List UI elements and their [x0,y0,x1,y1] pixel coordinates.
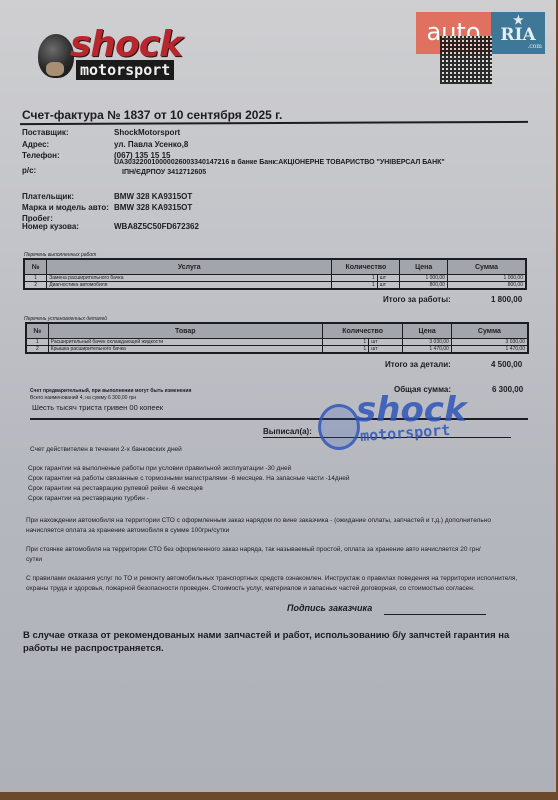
works-total-value: 1 800,00 [491,295,522,304]
helmet-stamp-icon [318,404,360,450]
col-price: Цена [400,259,448,275]
warranty-disclaimer: В случае отказа от рекомендованых нами з… [23,629,513,655]
tax-id-value: ІПН/ЄДРПОУ 3412712605 [122,169,206,176]
warranty-item: Срок гарантии на реставрацию турбин - [28,494,538,504]
grand-total-value: 6 300,00 [492,385,523,394]
col-price: Цена [403,323,451,339]
parts-table: № Товар Количество Цена Сумма 1 Расширит… [25,322,529,354]
warranty-item: Срок гарантии на реставрацию рулевой рей… [28,484,538,494]
supplier-label: Поставщик: [22,128,69,137]
storage-paid-note: При нахождении автомобиля на территории … [26,516,526,536]
warranty-list: Срок гарантии на выполненые работы при у… [28,464,538,504]
preliminary-note: Счет предварительный, при выполнении мог… [30,388,191,394]
works-total-label: Итого за работы: [383,295,451,304]
table-row: 2 Крышка расширительного бачка 1 шт 1 47… [26,346,528,354]
col-quantity: Количество [322,323,403,339]
address-value: ул. Павла Усенко,8 [114,140,188,149]
payer-label: Плательщик: [22,192,74,201]
issued-by-label: Выписал(а): [263,427,312,436]
helmet-icon [38,34,74,78]
col-number: № [26,323,48,339]
car-model-value: BMW 328 KA9315OT [114,203,192,212]
amount-in-words: Шесть тысяч триста гривен 00 копеек [32,403,163,412]
logo-word-motorsport: motorsport [76,60,174,80]
phone-label: Телефон: [22,151,60,160]
company-stamp: shock motorsport [316,396,502,452]
table-row: 1 Расширительный бачек охлаждающей жидко… [26,339,528,346]
autoria-ria: ★ RIA .com [491,12,545,54]
payer-value: BMW 328 KA9315OT [114,192,192,201]
col-sum: Сумма [451,323,528,339]
invoice-title: Счет-фактура № 1837 от 10 сентября 2025 … [22,108,282,122]
address-label: Адрес: [22,140,49,149]
shock-motorsport-logo: shock motorsport [38,30,213,86]
service-rules-note: С правилами оказания услуг по ТО и ремон… [26,574,526,594]
account-label: р/с: [22,166,36,175]
invoice-paper: shock motorsport auto ★ RIA .com Счет-фа… [0,0,556,792]
car-model-label: Марка и модель авто: [22,203,109,212]
storage-idle-note: При стоянке автомобиля на территории СТО… [26,545,496,565]
star-icon: ★ [513,0,524,43]
vin-value: WBA8Z5C50FD672362 [114,222,199,231]
works-table: № Услуга Количество Цена Сумма 1 Замена … [23,258,527,290]
col-quantity: Количество [332,259,400,275]
logo-word-shock: shock [70,24,182,65]
warranty-item: Срок гарантии на выполненые работы при у… [28,464,538,474]
parts-total-value: 4 500,00 [491,360,522,369]
col-number: № [24,259,47,275]
customer-signature-line[interactable] [384,614,486,615]
warranty-item: Срок гарантии на работы связанные с торм… [28,474,538,484]
validity-note: Счет действителен в течении 2-х банковск… [30,445,182,455]
table-row: 1 Замена расширительного бачка 1 шт 1 00… [24,275,526,282]
supplier-value: ShockMotorsport [114,128,180,137]
customer-signature-label: Подпись заказчика [287,603,372,613]
col-sum: Сумма [447,259,526,275]
vin-label: Номер кузова: [22,222,79,231]
account-value: UA303220010000026003340147216 в банке Ба… [114,159,445,166]
col-service: Услуга [47,259,332,275]
parts-total-label: Итого за детали: [385,360,451,369]
table-row: 2 Диагностика автомобиля 1 шт 800,00 800… [24,282,526,290]
items-count-line: Всего наименований 4, на сумму 6 300,00 … [30,395,136,401]
qr-code [440,36,492,84]
col-product: Товар [48,323,322,339]
